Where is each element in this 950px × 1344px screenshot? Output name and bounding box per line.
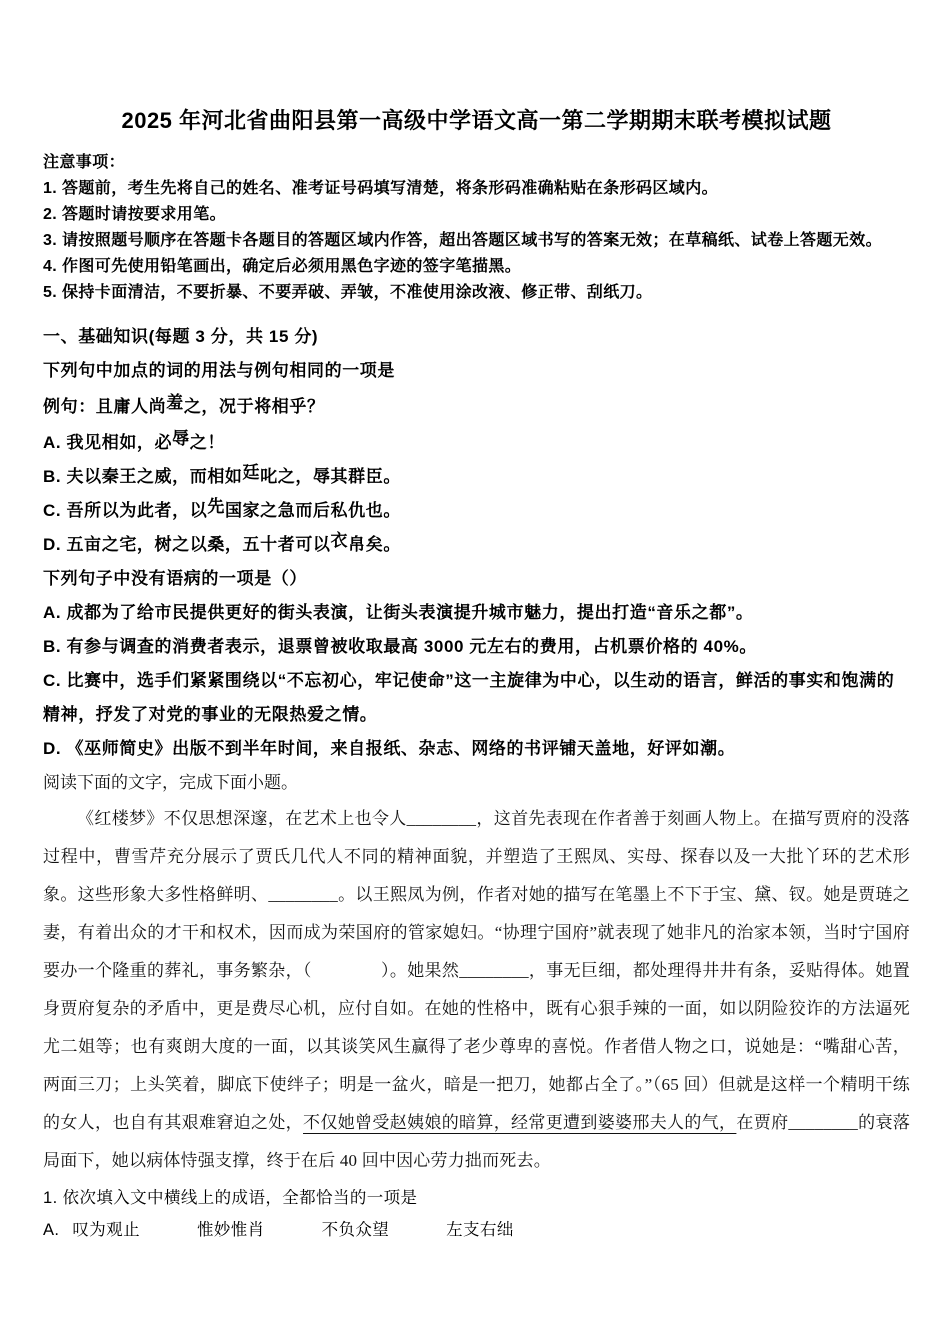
idiom-4: 左支右绌 [446, 1221, 514, 1239]
question3-stem: 1. 依次填入文中横线上的成语，全都恰当的一项是 [43, 1182, 910, 1214]
option-a-label: A. [43, 1221, 64, 1239]
question1-stem: 下列句中加点的词的用法与例句相同的一项是 [43, 354, 910, 388]
text-segment: D. 五亩之宅，树之以桑，五十者可以 [43, 535, 331, 554]
question1-option-c: C. 吾所以为此者，以先国家之急而后私仇也。 [43, 494, 910, 528]
reading-passage: 《红楼梦》不仅思想深邃，在艺术上也令人________，这首先表现在作者善于刻画… [43, 800, 910, 1180]
idiom-1: 叹为观止 [72, 1221, 140, 1239]
text-segment: 之，况于将相乎？ [184, 397, 325, 416]
text-segment: C. 吾所以为此者，以 [43, 501, 207, 520]
notice-item-2: 2. 答题时请按要求用笔。 [43, 202, 910, 228]
text-segment: B. 夫以秦王之威，而相如 [43, 467, 243, 486]
question2-option-d: D. 《巫师简史》出版不到半年时间，来自报纸、杂志、网络的书评铺天盖地，好评如潮… [43, 732, 910, 766]
question1-option-d: D. 五亩之宅，树之以桑，五十者可以衣帛矣。 [43, 528, 910, 562]
basic-knowledge-section: 一、基础知识(每题 3 分，共 15 分) 下列句中加点的词的用法与例句相同的一… [43, 320, 910, 766]
page-title: 2025 年河北省曲阳县第一高级中学语文高一第二学期期末联考模拟试题 [43, 104, 910, 138]
section-header: 一、基础知识(每题 3 分，共 15 分) [43, 320, 910, 354]
question3-block: 1. 依次填入文中横线上的成语，全都恰当的一项是 A. 叹为观止 惟妙惟肖 不负… [43, 1182, 910, 1246]
emphasized-char: 廷 [243, 463, 261, 482]
reading-instruction: 阅读下面的文字，完成下面小题。 [43, 766, 910, 800]
question2-option-a: A. 成都为了给市民提供更好的街头表演，让街头表演提升城市魅力，提出打造“音乐之… [43, 596, 910, 630]
underlined-text: 不仅她曾受赵姨娘的暗算，经常更遭到婆婆邢夫人的气， [303, 1113, 736, 1132]
text-segment: 叱之，辱其群臣。 [260, 467, 401, 486]
idiom-3: 不负众望 [322, 1221, 390, 1239]
idiom-2: 惟妙惟肖 [197, 1221, 265, 1239]
notice-section: 注意事项： 1. 答题前，考生先将自己的姓名、准考证号码填写清楚，将条形码准确粘… [43, 150, 910, 306]
text-segment: A. 我见相如，必 [43, 433, 172, 452]
text-segment: 之！ [190, 433, 225, 452]
question1-example-sentence: 例句：且庸人尚羞之，况于将相乎？ [43, 388, 910, 426]
text-segment: 《红楼梦》不仅思想深邃，在艺术上也令人________，这首先表现在作者善于刻画… [43, 809, 910, 1132]
notice-item-4: 4. 作图可先使用铅笔画出，确定后必须用黑色字迹的签字笔描黑。 [43, 254, 910, 280]
text-segment: 帛矣。 [348, 535, 401, 554]
emphasized-char: 羞 [166, 393, 184, 412]
text-segment: 国家之急而后私仇也。 [225, 501, 401, 520]
emphasized-char: 先 [207, 497, 225, 516]
question2-option-c: C. 比赛中，选手们紧紧围绕以“不忘初心，牢记使命”这一主旋律为中心，以生动的语… [43, 664, 910, 732]
question2-option-b: B. 有参与调查的消费者表示，退票曾被收取最高 3000 元左右的费用，占机票价… [43, 630, 910, 664]
question1-option-b: B. 夫以秦王之威，而相如廷叱之，辱其群臣。 [43, 460, 910, 494]
notice-item-5: 5. 保持卡面清洁，不要折暴、不要弄破、弄皱，不准使用涂改液、修正带、刮纸刀。 [43, 280, 910, 306]
notice-header: 注意事项： [43, 150, 910, 176]
question2-stem: 下列句子中没有语病的一项是（） [43, 562, 910, 596]
question1-option-a: A. 我见相如，必辱之！ [43, 426, 910, 460]
notice-item-1: 1. 答题前，考生先将自己的姓名、准考证号码填写清楚，将条形码准确粘贴在条形码区… [43, 176, 910, 202]
notice-item-3: 3. 请按照题号顺序在答题卡各题目的答题区域内作答，超出答题区域书写的答案无效；… [43, 228, 910, 254]
emphasized-char: 衣 [331, 531, 349, 550]
emphasized-char: 辱 [172, 429, 190, 448]
question3-option-a: A. 叹为观止 惟妙惟肖 不负众望 左支右绌 [43, 1214, 910, 1246]
exam-paper-page: 2025 年河北省曲阳县第一高级中学语文高一第二学期期末联考模拟试题 注意事项：… [0, 0, 950, 1344]
text-segment: 例句：且庸人尚 [43, 397, 166, 416]
